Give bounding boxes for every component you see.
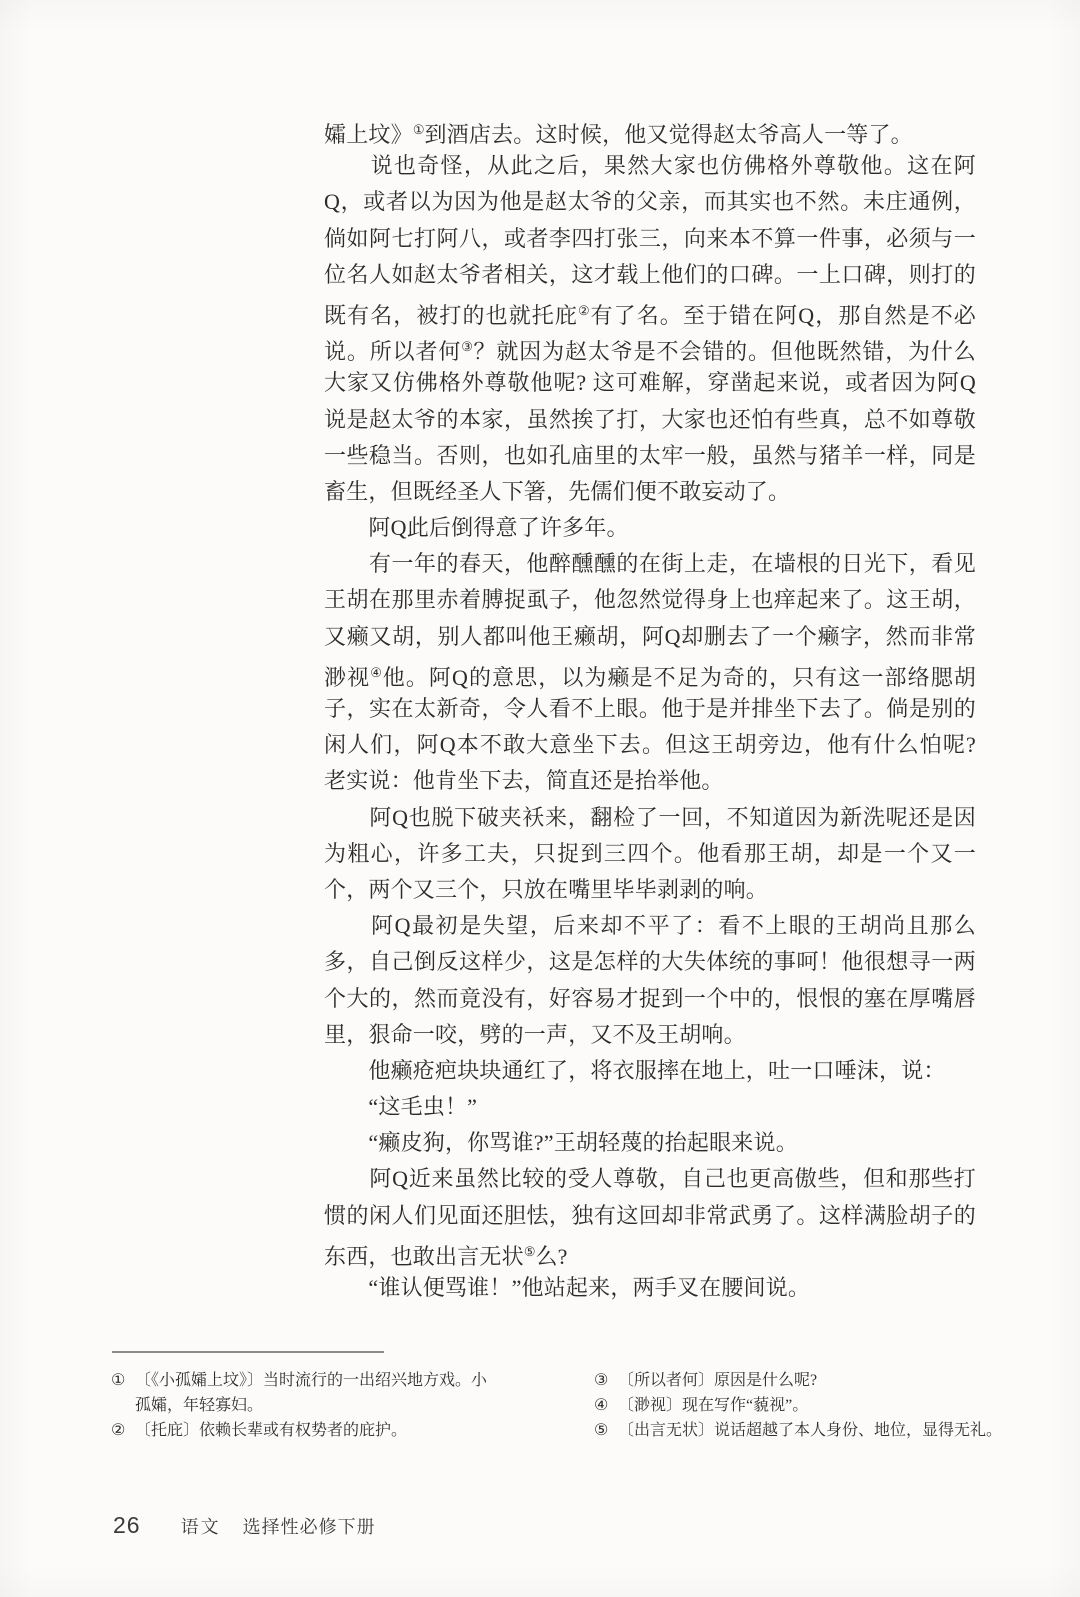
footnote-text: 〔渺视〕现在写作“藐视”。 — [618, 1393, 1024, 1418]
body-text: 孀上坟》①到酒店去。这时候，他又觉得赵太爷高人一等了。 说也奇怪，从此之后，果然… — [324, 112, 976, 1306]
footnote-item: ⑤〔出言无状〕说话超越了本人身份、地位，显得无礼。 — [594, 1418, 1024, 1443]
body-text-line: 又癞又胡，别人都叫他王癞胡，阿Q却删去了一个癞字，然而非常 — [324, 619, 976, 655]
body-text-line: 个大的，然而竟没有，好容易才捉到一个中的，恨恨的塞在厚嘴唇 — [324, 981, 976, 1017]
body-text-line: 大家又仿佛格外尊敬他呢? 这可难解，穿凿起来说，或者因为阿Q — [324, 365, 976, 401]
footnote-ref-superscript: ④ — [370, 665, 383, 680]
footnote-ref-superscript: ② — [578, 303, 591, 318]
body-text-line: 阿Q近来虽然比较的受人尊敬，自己也更高傲些，但和那些打 — [324, 1161, 976, 1197]
footer-subject: 语文 — [181, 1513, 221, 1539]
footnote-item: ④〔渺视〕现在写作“藐视”。 — [594, 1393, 1024, 1418]
page-number: 26 — [113, 1512, 141, 1539]
body-text-line: Q，或者以为因为他是赵太爷的父亲，而其实也不然。未庄通例， — [324, 184, 976, 220]
footnote-ref-superscript: ⑤ — [524, 1244, 536, 1259]
footnote-marker: ② — [111, 1418, 135, 1443]
footnote-marker: ⑤ — [594, 1418, 618, 1443]
body-text-line: 子，实在太新奇，令人看不上眼。他于是并排坐下去了。倘是别的 — [324, 691, 976, 727]
body-text-line: 多，自己倒反这样少，这是怎样的大失体统的事呵！他很想寻一两 — [324, 944, 976, 980]
body-text-line: 他癞疮疤块块通红了，将衣服摔在地上，吐一口唾沫，说： — [324, 1053, 976, 1089]
body-text-line: 说是赵太爷的本家，虽然挨了打，大家也还怕有些真，总不如尊敬 — [324, 402, 976, 438]
body-text-line: 位名人如赵太爷者相关，这才载上他们的口碑。一上口碑，则打的 — [324, 257, 976, 293]
footnote-text: 〔所以者何〕原因是什么呢? — [618, 1368, 1024, 1393]
body-text-line: 渺视④他。阿Q的意思，以为癞是不足为奇的，只有这一部络腮胡 — [324, 655, 976, 691]
body-text-line: 王胡在那里赤着膊捉虱子，他忽然觉得身上也痒起来了。这王胡， — [324, 582, 976, 618]
body-text-line: “这毛虫！” — [324, 1089, 976, 1125]
footnote-text: 〔托庇〕依赖长辈或有权势者的庇护。 — [135, 1418, 487, 1443]
textbook-page: { "page": { "body": { "lines": [ {"t": "… — [0, 0, 1080, 1597]
body-text-line: 既有名，被打的也就托庇②有了名。至于错在阿Q，那自然是不必 — [324, 293, 976, 329]
footnote-text: 〔出言无状〕说话超越了本人身份、地位，显得无礼。 — [618, 1418, 1024, 1443]
footnotes-left: ①〔《小孤孀上坟》〕当时流行的一出绍兴地方戏。小孤孀，年轻寡妇。②〔托庇〕依赖长… — [111, 1368, 521, 1443]
body-text-line: 阿Q最初是失望，后来却不平了：看不上眼的王胡尚且那么 — [324, 908, 976, 944]
footnote-ref-superscript: ① — [413, 122, 425, 137]
body-text-line: 为粗心，许多工夫，只捉到三四个。他看那王胡，却是一个又一 — [324, 836, 976, 872]
footnote-marker: ③ — [594, 1368, 618, 1393]
footnote-marker: ① — [111, 1368, 135, 1393]
footer-volume: 选择性必修下册 — [243, 1513, 376, 1539]
footnotes-right: ③〔所以者何〕原因是什么呢?④〔渺视〕现在写作“藐视”。⑤〔出言无状〕说话超越了… — [594, 1368, 1024, 1443]
body-text-line: 一些稳当。否则，也如孔庙里的太牢一般，虽然与猪羊一样，同是 — [324, 438, 976, 474]
footnote-marker: ④ — [594, 1393, 618, 1418]
footnote-item: ③〔所以者何〕原因是什么呢? — [594, 1368, 1024, 1393]
page-footer: 26 语文 选择性必修下册 — [113, 1512, 376, 1539]
body-text-line: 有一年的春天，他醉醺醺的在街上走，在墙根的日光下，看见 — [324, 546, 976, 582]
body-text-line: 老实说：他肯坐下去，简直还是抬举他。 — [324, 763, 976, 799]
footnote-text: 〔《小孤孀上坟》〕当时流行的一出绍兴地方戏。小孤孀，年轻寡妇。 — [135, 1368, 487, 1418]
body-text-line: 东西，也敢出言无状⑤么? — [324, 1234, 976, 1270]
body-text-line: 倘如阿七打阿八，或者李四打张三，向来本不算一件事，必须与一 — [324, 221, 976, 257]
body-text-line: 说也奇怪，从此之后，果然大家也仿佛格外尊敬他。这在阿 — [324, 148, 976, 184]
body-text-line: 孀上坟》①到酒店去。这时候，他又觉得赵太爷高人一等了。 — [324, 112, 976, 148]
body-text-line: 惯的闲人们见面还胆怯，独有这回却非常武勇了。这样满脸胡子的 — [324, 1198, 976, 1234]
body-text-line: 说。所以者何③？就因为赵太爷是不会错的。但他既然错，为什么 — [324, 329, 976, 365]
body-text-line: 里，狠命一咬，劈的一声，又不及王胡响。 — [324, 1017, 976, 1053]
footnote-item: ①〔《小孤孀上坟》〕当时流行的一出绍兴地方戏。小孤孀，年轻寡妇。 — [111, 1368, 521, 1418]
footnote-ref-superscript: ③ — [461, 339, 473, 354]
body-text-line: “癞皮狗，你骂谁?”王胡轻蔑的抬起眼来说。 — [324, 1125, 976, 1161]
footnote-item: ②〔托庇〕依赖长辈或有权势者的庇护。 — [111, 1418, 521, 1443]
body-text-line: 畜生，但既经圣人下箸，先儒们便不敢妄动了。 — [324, 474, 976, 510]
body-text-line: 阿Q也脱下破夹袄来，翻检了一回，不知道因为新洗呢还是因 — [324, 800, 976, 836]
footnote-divider — [112, 1351, 384, 1353]
body-text-line: “谁认便骂谁！”他站起来，两手叉在腰间说。 — [324, 1270, 976, 1306]
body-text-line: 个，两个又三个，只放在嘴里毕毕剥剥的响。 — [324, 872, 976, 908]
body-text-line: 闲人们，阿Q本不敢大意坐下去。但这王胡旁边，他有什么怕呢? — [324, 727, 976, 763]
body-text-line: 阿Q此后倒得意了许多年。 — [324, 510, 976, 546]
